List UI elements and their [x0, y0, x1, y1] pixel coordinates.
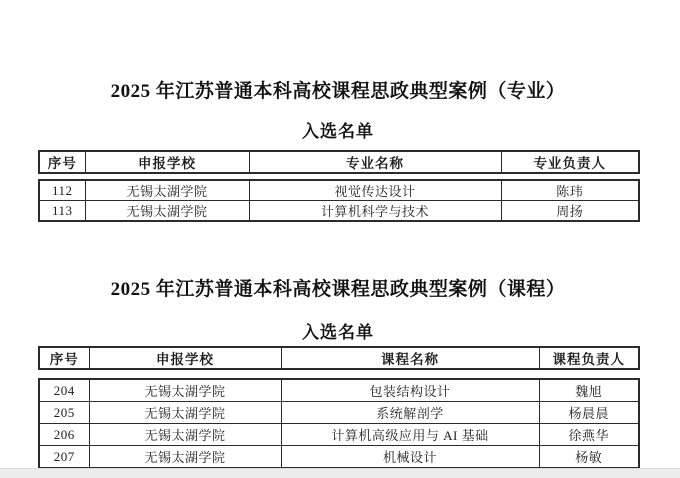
table-cell: 205	[39, 402, 89, 424]
column-header: 序号	[39, 347, 89, 369]
table-cell: 无锡太湖学院	[89, 424, 281, 446]
table-cell: 无锡太湖学院	[89, 446, 281, 469]
table-cell: 无锡太湖学院	[85, 201, 249, 222]
table-row: 206 无锡太湖学院 计算机高级应用与 AI 基础 徐燕华	[39, 424, 639, 446]
major-table-body: 112 无锡太湖学院 视觉传达设计 陈玮 113 无锡太湖学院 计算机科学与技术…	[38, 179, 640, 222]
table-cell: 计算机高级应用与 AI 基础	[281, 424, 539, 446]
table-row: 112 无锡太湖学院 视觉传达设计 陈玮	[39, 180, 639, 201]
table-row: 113 无锡太湖学院 计算机科学与技术 周扬	[39, 201, 639, 222]
table-cell: 无锡太湖学院	[85, 180, 249, 201]
table-header-row: 序号 申报学校 专业名称 专业负责人	[39, 151, 639, 173]
table-cell: 112	[39, 180, 85, 201]
section-title: 2025 年江苏普通本科高校课程思政典型案例（课程）	[38, 278, 638, 302]
section-subtitle: 入选名单	[38, 121, 638, 143]
table-cell: 计算机科学与技术	[249, 201, 501, 222]
column-header: 序号	[39, 151, 85, 173]
column-header: 课程负责人	[539, 347, 639, 369]
section-title: 2025 年江苏普通本科高校课程思政典型案例（专业）	[38, 80, 638, 104]
section-major-cases: 2025 年江苏普通本科高校课程思政典型案例（专业） 入选名单 序号 申报学校 …	[38, 80, 638, 222]
table-cell: 陈玮	[501, 180, 639, 201]
table-row: 207 无锡太湖学院 机械设计 杨敏	[39, 446, 639, 469]
column-header: 专业负责人	[501, 151, 639, 173]
table-cell: 包装结构设计	[281, 379, 539, 402]
table-cell: 杨晨晨	[539, 402, 639, 424]
table-cell: 杨敏	[539, 446, 639, 469]
course-table-body: 204 无锡太湖学院 包装结构设计 魏旭 205 无锡太湖学院 系统解剖学 杨晨…	[38, 378, 640, 469]
table-cell: 周扬	[501, 201, 639, 222]
document-page: 2025 年江苏普通本科高校课程思政典型案例（专业） 入选名单 序号 申报学校 …	[0, 0, 680, 478]
table-cell: 207	[39, 446, 89, 469]
table-cell: 113	[39, 201, 85, 222]
section-course-cases: 2025 年江苏普通本科高校课程思政典型案例（课程） 入选名单 序号 申报学校 …	[38, 278, 638, 469]
table-header-row: 序号 申报学校 课程名称 课程负责人	[39, 347, 639, 369]
table-cell: 机械设计	[281, 446, 539, 469]
photo-bottom-edge	[0, 468, 680, 478]
table-cell: 系统解剖学	[281, 402, 539, 424]
table-cell: 无锡太湖学院	[89, 379, 281, 402]
column-header: 申报学校	[89, 347, 281, 369]
major-table-header: 序号 申报学校 专业名称 专业负责人	[38, 150, 640, 174]
table-row: 205 无锡太湖学院 系统解剖学 杨晨晨	[39, 402, 639, 424]
column-header: 申报学校	[85, 151, 249, 173]
course-table-header: 序号 申报学校 课程名称 课程负责人	[38, 346, 640, 370]
table-cell: 徐燕华	[539, 424, 639, 446]
column-header: 课程名称	[281, 347, 539, 369]
table-cell: 魏旭	[539, 379, 639, 402]
table-cell: 206	[39, 424, 89, 446]
table-cell: 无锡太湖学院	[89, 402, 281, 424]
column-header: 专业名称	[249, 151, 501, 173]
table-cell: 视觉传达设计	[249, 180, 501, 201]
table-cell: 204	[39, 379, 89, 402]
table-row: 204 无锡太湖学院 包装结构设计 魏旭	[39, 379, 639, 402]
section-subtitle: 入选名单	[38, 322, 638, 344]
